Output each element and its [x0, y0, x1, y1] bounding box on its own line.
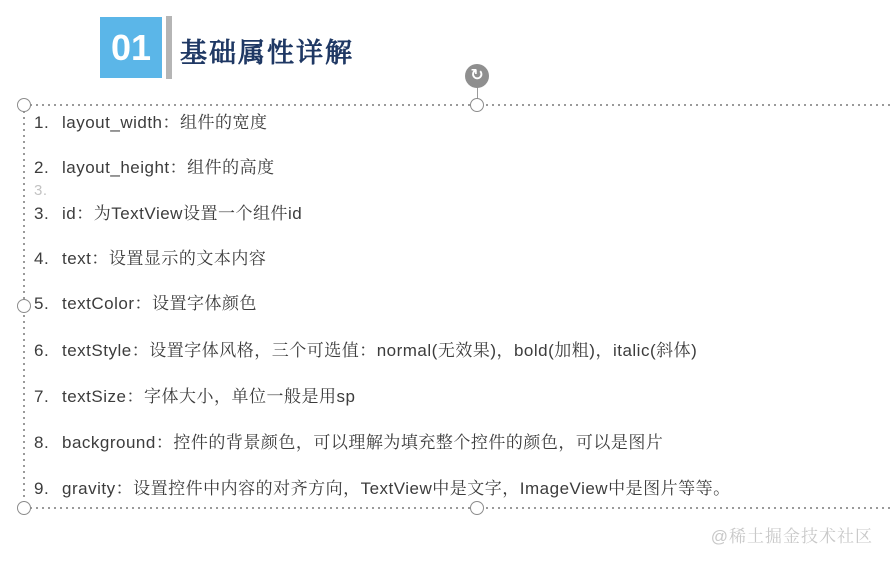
- resize-handle-middle-left[interactable]: [17, 299, 31, 313]
- slide-canvas: { "header": { "number": "01", "title": "…: [0, 0, 890, 564]
- list-item-number: 5.: [34, 292, 62, 316]
- list-item-number: 4.: [34, 247, 62, 271]
- list-item-text: layout_width：组件的宽度: [62, 111, 268, 135]
- list-item-text: gravity：设置控件中内容的对齐方向，TextView中是文字，ImageV…: [62, 477, 731, 501]
- selection-border-bottom: [24, 507, 890, 509]
- rotate-handle[interactable]: ↻: [465, 64, 489, 88]
- ghost-number: 3.: [34, 179, 62, 203]
- list-item-text: id：为TextView设置一个组件id: [62, 202, 302, 226]
- list-item-ghost-number: 3.: [34, 179, 62, 203]
- list-item[interactable]: 9. gravity：设置控件中内容的对齐方向，TextView中是文字，Ima…: [34, 477, 731, 501]
- list-item[interactable]: 7. textSize：字体大小，单位一般是用sp: [34, 385, 355, 409]
- resize-handle-top-left[interactable]: [17, 98, 31, 112]
- list-item[interactable]: 1. layout_width：组件的宽度: [34, 111, 268, 135]
- resize-handle-bottom-left[interactable]: [17, 501, 31, 515]
- list-item-number: 8.: [34, 431, 62, 455]
- selection-border-top: [24, 104, 890, 106]
- list-item-text: layout_height：组件的高度: [62, 156, 275, 180]
- list-item-number: 7.: [34, 385, 62, 409]
- list-item-text: background：控件的背景颜色，可以理解为填充整个控件的颜色，可以是图片: [62, 431, 663, 455]
- section-number-box: 01: [100, 17, 162, 78]
- list-item[interactable]: 8. background：控件的背景颜色，可以理解为填充整个控件的颜色，可以是…: [34, 431, 663, 455]
- slide-title: 基础属性详解: [180, 31, 354, 70]
- header-divider-bar: [166, 16, 172, 79]
- list-item[interactable]: 2. layout_height：组件的高度: [34, 156, 275, 180]
- list-item-text: textColor：设置字体颜色: [62, 292, 257, 316]
- list-item-text: textStyle：设置字体风格，三个可选值：normal(无效果)，bold(…: [62, 339, 697, 363]
- list-item[interactable]: 5. textColor：设置字体颜色: [34, 292, 257, 316]
- list-item-text: textSize：字体大小，单位一般是用sp: [62, 385, 355, 409]
- rotate-icon: ↻: [470, 68, 483, 84]
- resize-handle-bottom-center[interactable]: [470, 501, 484, 515]
- list-item[interactable]: 3. id：为TextView设置一个组件id: [34, 202, 302, 226]
- list-item-text: text：设置显示的文本内容: [62, 247, 266, 271]
- watermark: @稀土掘金技术社区: [711, 522, 873, 547]
- list-item-number: 2.: [34, 156, 62, 180]
- resize-handle-top-center[interactable]: [470, 98, 484, 112]
- list-item-number: 3.: [34, 202, 62, 226]
- list-item[interactable]: 4. text：设置显示的文本内容: [34, 247, 266, 271]
- list-item-number: 6.: [34, 339, 62, 363]
- list-item-number: 9.: [34, 477, 62, 501]
- list-item-number: 1.: [34, 111, 62, 135]
- section-number: 01: [111, 27, 151, 69]
- list-item[interactable]: 6. textStyle：设置字体风格，三个可选值：normal(无效果)，bo…: [34, 339, 697, 363]
